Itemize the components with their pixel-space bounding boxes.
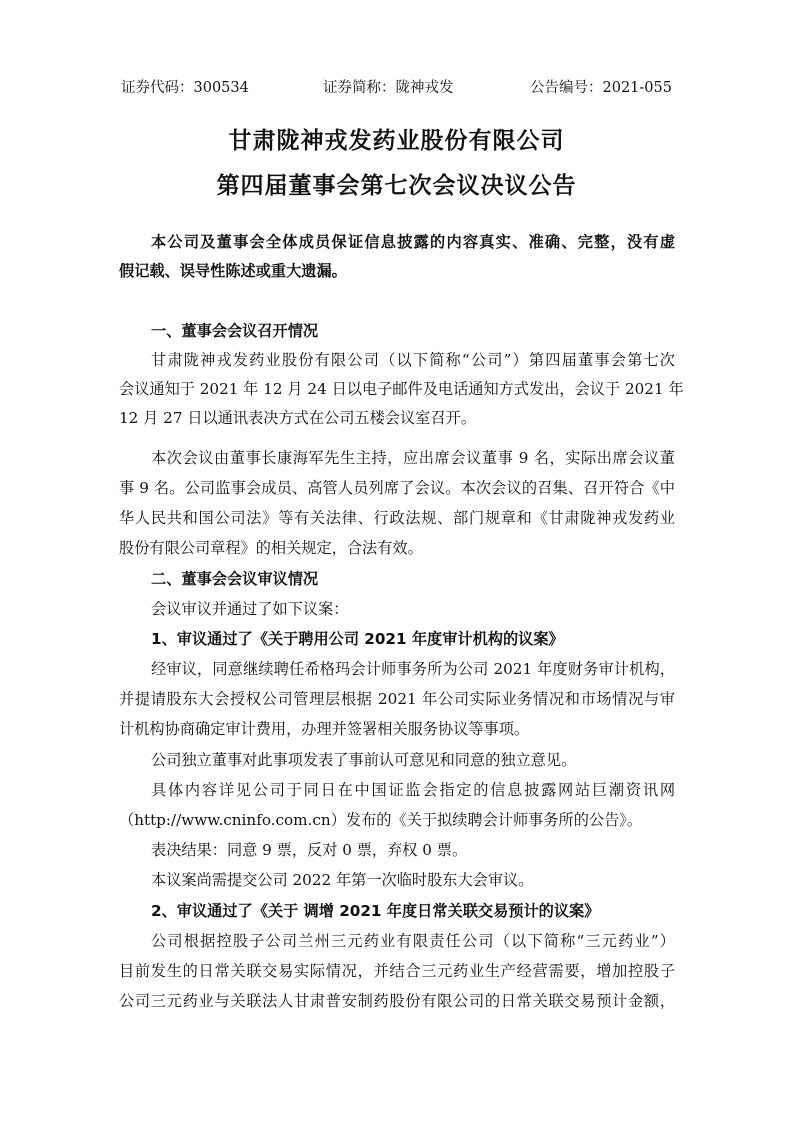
paragraph-line: 本议案尚需提交公司 2022 年第一次临时股东大会审议。 bbox=[151, 870, 707, 890]
motion-title: 2、审议通过了《关于 调增 2021 年度日常关联交易预计的议案》 bbox=[151, 901, 707, 921]
announcement-title: 第四届董事会第七次会议决议公告 bbox=[0, 167, 793, 200]
paragraph-line: 并提请股东大会授权公司管理层根据 2021 年公司实际业务情况和市场情况与审 bbox=[119, 689, 675, 709]
paragraph-line: 事 9 名。公司监事会成员、高管人员列席了会议。本次会议的召集、召开符合《中 bbox=[119, 478, 675, 498]
paragraph-line: 甘肃陇神戎发药业股份有限公司（以下简称“公司”）第四届董事会第七次 bbox=[151, 350, 675, 370]
announcement-number: 公告编号：2021-055 bbox=[530, 76, 672, 97]
stock-code: 证券代码：300534 bbox=[121, 76, 249, 97]
paragraph-line: 公司根据控股子公司兰州三元药业有限责任公司（以下简称“三元药业”） bbox=[151, 931, 675, 951]
section-heading: 一、董事会会议召开情况 bbox=[151, 321, 707, 341]
statement-line: 假记载、误导性陈述或重大遗漏。 bbox=[119, 261, 675, 281]
section-heading: 二、董事会会议审议情况 bbox=[151, 569, 707, 589]
stock-name: 证券简称：陇神戎发 bbox=[323, 76, 454, 97]
paragraph-line: 12 月 27 日以通讯表决方式在公司五楼会议室召开。 bbox=[119, 408, 675, 428]
paragraph-line: 计机构协商确定审计费用，办理并签署相关服务协议等事项。 bbox=[119, 719, 675, 739]
paragraph-line: （http://www.cninfo.com.cn）发布的《关于拟续聘会计师事务… bbox=[119, 810, 675, 830]
paragraph-line: 股份有限公司章程》的相关规定，合法有效。 bbox=[119, 538, 675, 558]
paragraph-line: 公司三元药业与关联法人甘肃普安制药股份有限公司的日常关联交易预计金额， bbox=[119, 991, 675, 1011]
company-title: 甘肃陇神戎发药业股份有限公司 bbox=[0, 122, 793, 155]
paragraph-line: 公司独立董事对此事项发表了事前认可意见和同意的独立意见。 bbox=[151, 750, 707, 770]
paragraph-line: 华人民共和国公司法》等有关法律、行政法规、部门规章和《甘肃陇神戎发药业 bbox=[119, 508, 675, 528]
paragraph-line: 会议通知于 2021 年 12 月 24 日以电子邮件及电话通知方式发出，会议于… bbox=[119, 379, 675, 399]
statement-line: 本公司及董事会全体成员保证信息披露的内容真实、准确、完整，没有虚 bbox=[151, 232, 675, 252]
paragraph-line: 具体内容详见公司于同日在中国证监会指定的信息披露网站巨潮资讯网 bbox=[151, 780, 675, 800]
paragraph-line: 目前发生的日常关联交易实际情况，并结合三元药业生产经营需要，增加控股子 bbox=[119, 961, 675, 981]
paragraph-line: 本次会议由董事长康海军先生主持，应出席会议董事 9 名，实际出席会议董 bbox=[151, 448, 675, 468]
paragraph-line: 经审议，同意继续聘任希格玛会计师事务所为公司 2021 年度财务审计机构， bbox=[151, 659, 675, 679]
vote-result: 表决结果：同意 9 票，反对 0 票，弃权 0 票。 bbox=[151, 840, 707, 860]
motion-title: 1、审议通过了《关于聘用公司 2021 年度审计机构的议案》 bbox=[151, 629, 707, 649]
paragraph-line: 会议审议并通过了如下议案： bbox=[151, 599, 707, 619]
